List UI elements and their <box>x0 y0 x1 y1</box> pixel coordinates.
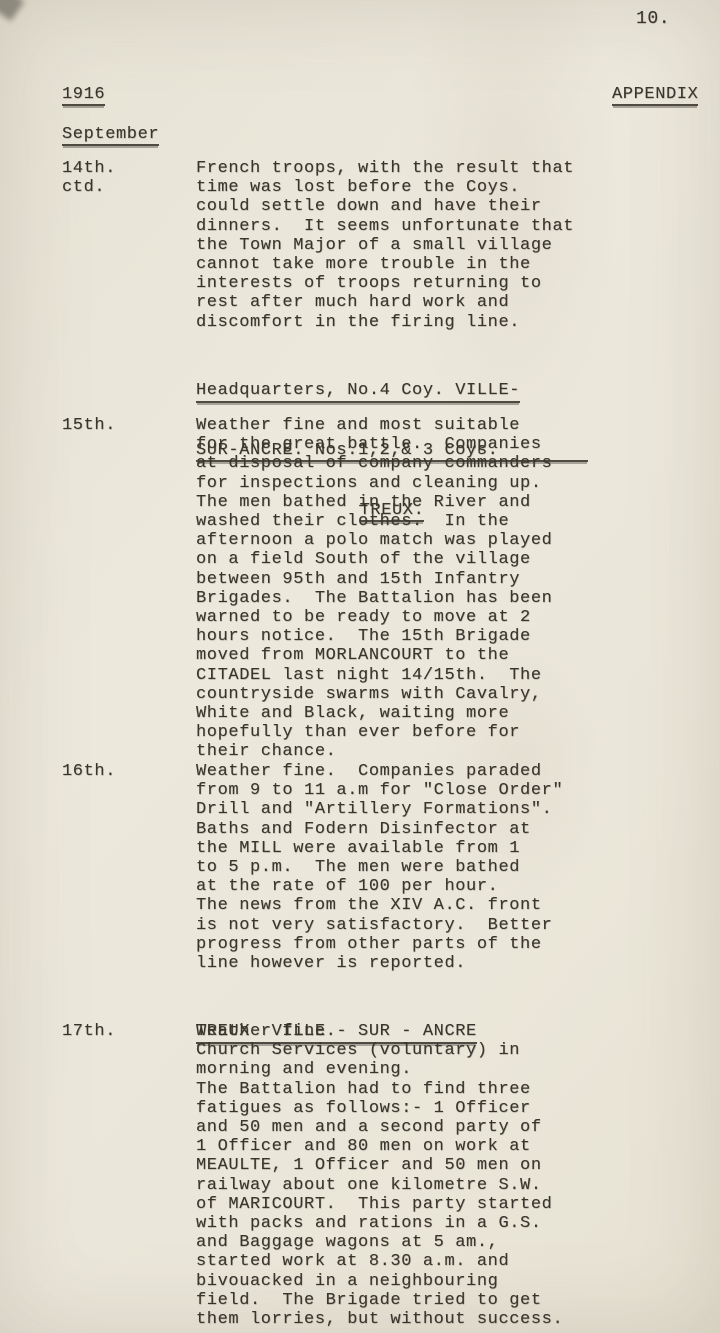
diary-scan-page: 10. 1916 APPENDIX September 14th. ctd. F… <box>0 0 720 1333</box>
entry-date: 17th. <box>62 1022 182 1041</box>
corner-smudge <box>0 0 25 21</box>
entry-date: 16th. <box>62 762 182 781</box>
entry-text: Weather fine. Companies paraded from 9 t… <box>196 762 600 973</box>
month-heading: September <box>62 125 159 146</box>
entry-text: French troops, with the result that time… <box>196 159 600 332</box>
diary-entry-16th: 16th. Weather fine. Companies paraded fr… <box>0 762 720 839</box>
year-heading: 1916 <box>62 85 105 106</box>
entry-date: 14th. ctd. <box>62 159 182 197</box>
diary-entry-17th: 17th. Weather fine. Church Services (vol… <box>0 1022 720 1099</box>
appendix-label: APPENDIX <box>612 85 698 106</box>
heading-line: Headquarters, No.4 Coy. VILLE- <box>196 381 520 402</box>
entry-text: Weather fine. Church Services (voluntary… <box>196 1022 600 1329</box>
page-number: 10. <box>636 10 670 29</box>
entry-date: 15th. <box>62 416 182 435</box>
entry-text: Weather fine and most suitable for the g… <box>196 416 600 762</box>
month-label: September <box>62 125 159 146</box>
year-label: 1916 <box>62 85 105 106</box>
diary-entry-14th: 14th. ctd. French troops, with the resul… <box>0 159 720 236</box>
appendix-heading: APPENDIX <box>612 85 698 106</box>
diary-entry-15th: 15th. Weather fine and most suitable for… <box>0 416 720 493</box>
